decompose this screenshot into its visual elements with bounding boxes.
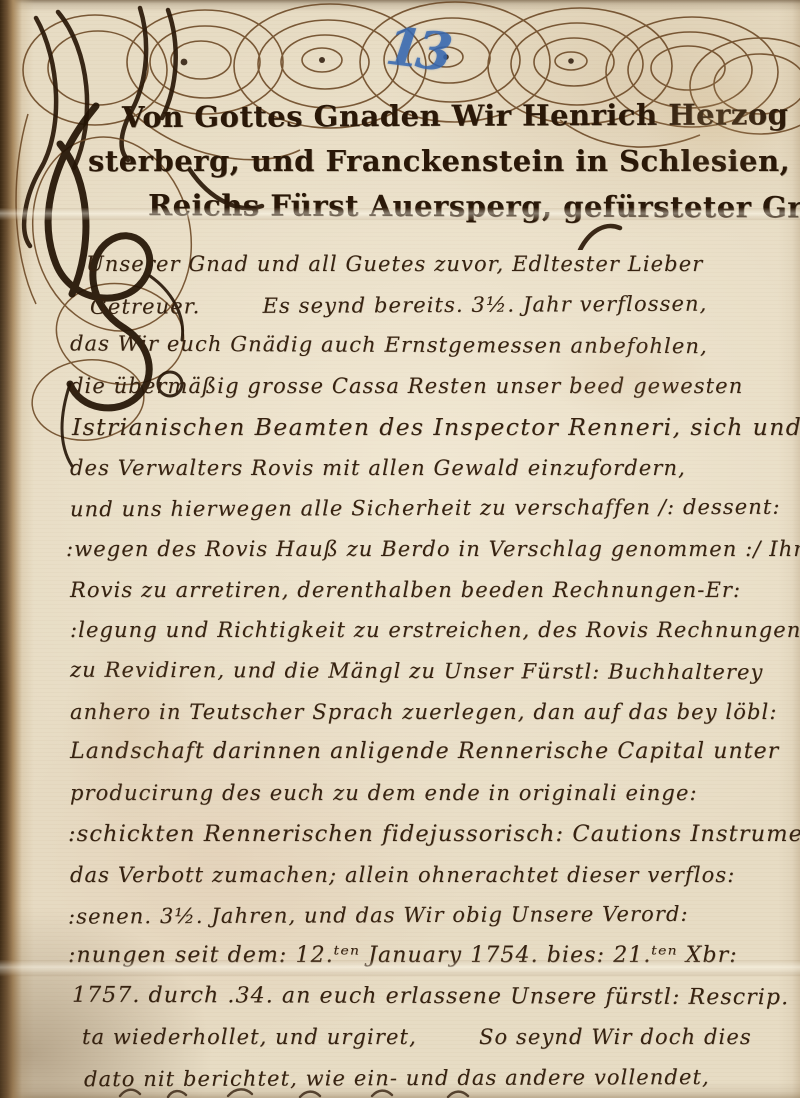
manuscript-line: :nungen seit dem: 12.ᵗᵉⁿ January 1754. b… xyxy=(68,936,790,977)
manuscript-line: die übermäßig grosse Cassa Resten unser … xyxy=(70,366,790,407)
manuscript-line: ta wiederhollet, und urgiret, So seynd W… xyxy=(82,1017,790,1058)
cut-off-line-stroke-tops xyxy=(0,1080,800,1098)
manuscript-line: :legung und Richtigkeit zu erstreichen, … xyxy=(70,610,790,651)
manuscript-line: zu Revidiren, und die Mängl zu Unser Für… xyxy=(70,650,790,693)
manuscript-line: und uns hierwegen alle Sicherheit zu ver… xyxy=(70,487,790,530)
title-line: Von Gottes Gnaden Wir Henrich Herzog zu … xyxy=(0,92,800,140)
manuscript-line: Istrianischen Beamten des Inspector Renn… xyxy=(72,407,790,448)
manuscript-line: 1757. durch .34. an euch erlassene Unser… xyxy=(72,975,790,1018)
manuscript-line: das Wir euch Gnädig auch Ernstgemessen a… xyxy=(70,324,790,368)
manuscript-page: 13 Von Gottes Gnaden Wir Henrich Herzog … xyxy=(0,0,800,1098)
title-line: sterberg, und Franckenstein in Schlesien… xyxy=(0,139,800,184)
title-line: Reichs Fürst Auersperg, gefürsteter Graf… xyxy=(0,183,800,231)
manuscript-line: anhero in Teutscher Sprach zuerlegen, da… xyxy=(70,692,790,733)
manuscript-line: Getreuer. Es seynd bereits. 3½. Jahr ver… xyxy=(90,283,790,327)
document-title-block: Von Gottes Gnaden Wir Henrich Herzog zu … xyxy=(0,94,800,229)
manuscript-line: producirung des euch zu dem ende in orig… xyxy=(70,773,790,814)
manuscript-line: Unserer Gnad und all Guetes zuvor, Edlte… xyxy=(86,244,790,285)
manuscript-line: :schickten Rennerischen fidejussorisch: … xyxy=(68,814,790,855)
manuscript-line: Rovis zu arretiren, derenthalben beeden … xyxy=(70,570,790,611)
manuscript-line: :wegen des Rovis Hauß zu Berdo in Versch… xyxy=(66,529,790,570)
manuscript-body-text: Unserer Gnad und all Guetes zuvor, Edlte… xyxy=(70,244,790,1098)
folio-number-pencil-mark: 13 xyxy=(383,21,449,80)
manuscript-line: Landschaft darinnen anligende Rennerisch… xyxy=(70,732,790,773)
manuscript-line: :senen. 3½. Jahren, und das Wir obig Uns… xyxy=(68,894,790,938)
manuscript-line: des Verwalters Rovis mit allen Gewald ei… xyxy=(70,448,790,489)
manuscript-line: das Verbott zumachen; allein ohnerachtet… xyxy=(70,855,790,896)
